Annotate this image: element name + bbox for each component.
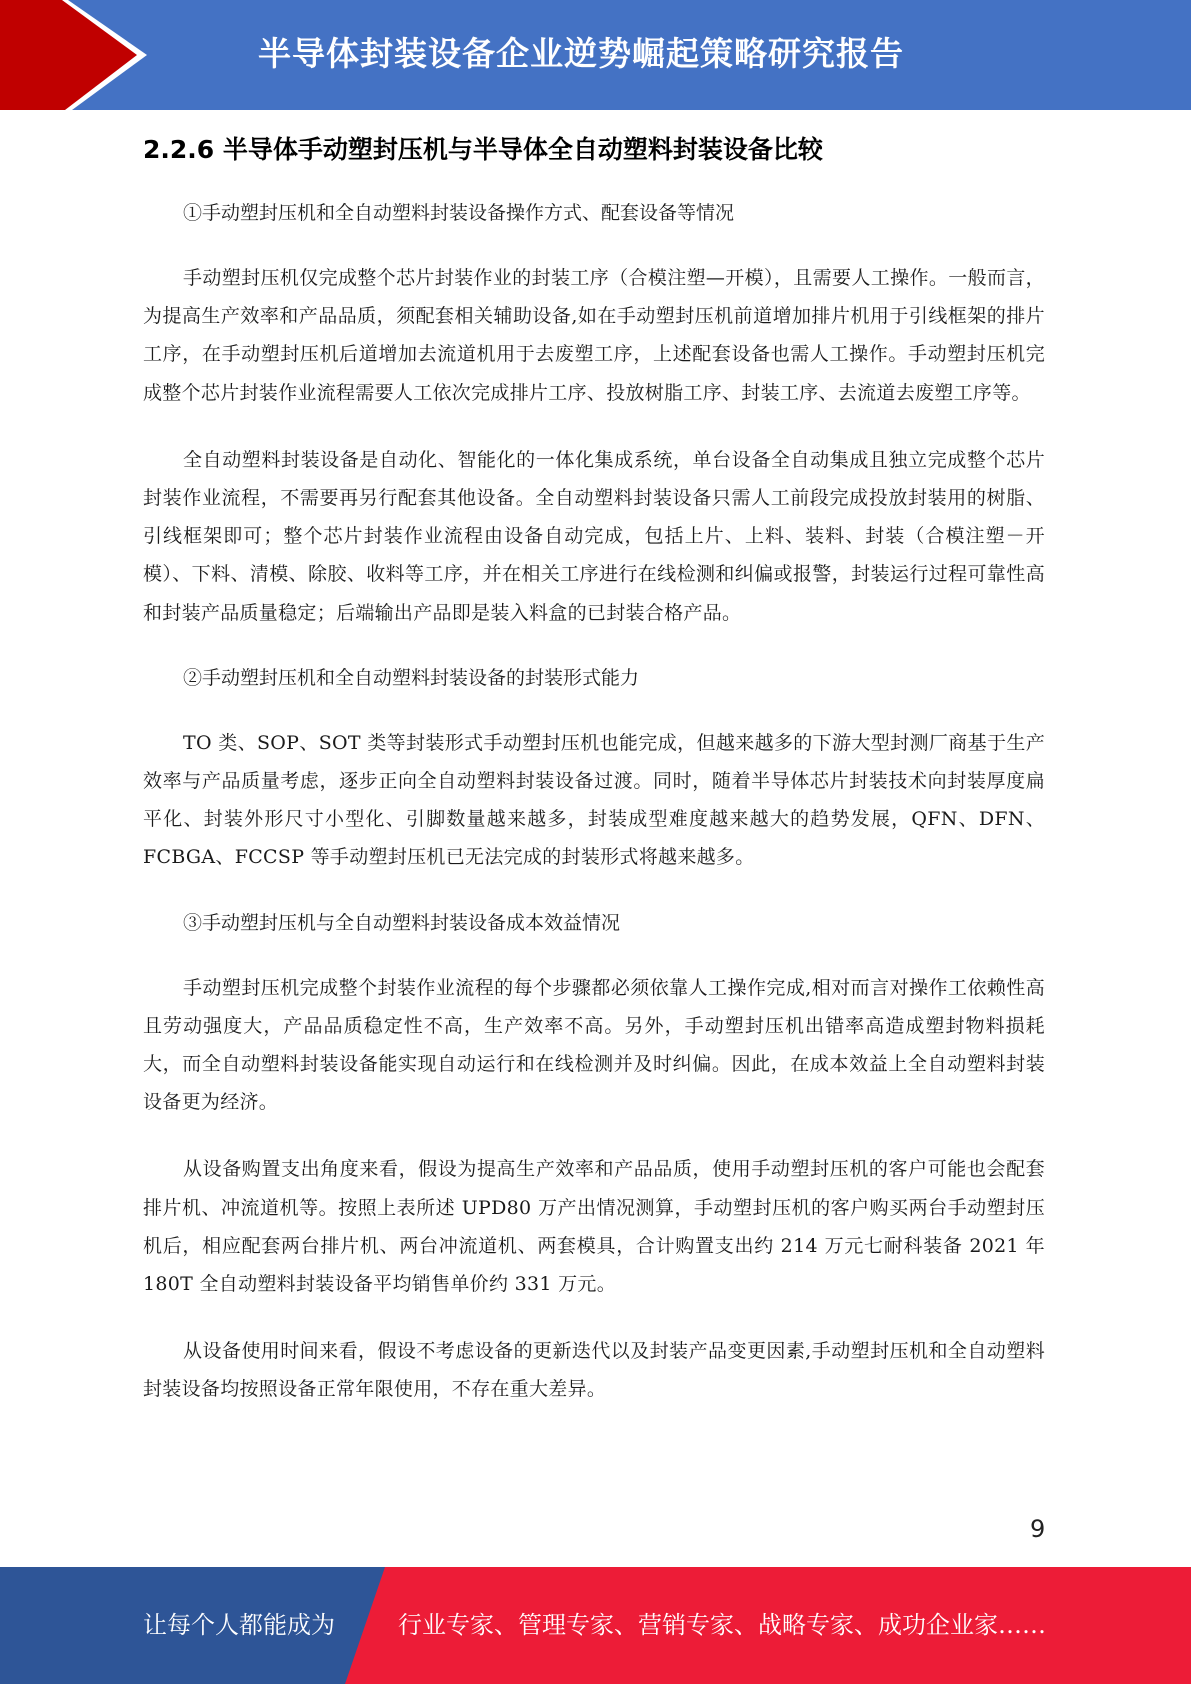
sub-heading-operation: ①手动塑封压机和全自动塑料封装设备操作方式、配套设备等情况 [143,194,1045,232]
page-header: 半导体封装设备企业逆势崛起策略研究报告 [0,0,1191,110]
paragraph-auto-equipment: 全自动塑料封装设备是自动化、智能化的一体化集成系统，单台设备全自动集成且独立完成… [143,441,1045,632]
paragraph-usage-time: 从设备使用时间来看，假设不考虑设备的更新迭代以及封装产品变更因素,手动塑封压机和… [143,1332,1045,1408]
page-footer: 让每个人都能成为 行业专家、管理专家、营销专家、战略专家、成功企业家…… [0,1567,1191,1684]
paragraph-cost-benefit: 手动塑封压机完成整个封装作业流程的每个步骤都必须依靠人工操作完成,相对而言对操作… [143,969,1045,1122]
page-number: 9 [1030,1515,1045,1543]
footer-slogan-left: 让每个人都能成为 [143,1607,335,1643]
footer-slogan-right: 行业专家、管理专家、营销专家、战略专家、成功企业家…… [398,1607,1046,1643]
page-content: 2.2.6 半导体手动塑封压机与半导体全自动塑料封装设备比较 ①手动塑封压机和全… [143,128,1045,1409]
paragraph-packaging-forms: TO 类、SOP、SOT 类等封装形式手动塑封压机也能完成，但越来越多的下游大型… [143,724,1045,877]
arrow-chevron-icon [0,0,160,110]
report-title: 半导体封装设备企业逆势崛起策略研究报告 [258,28,904,80]
sub-heading-packaging-capability: ②手动塑封压机和全自动塑料封装设备的封装形式能力 [143,659,1045,697]
sub-heading-cost-benefit: ③手动塑封压机与全自动塑料封装设备成本效益情况 [143,904,1045,942]
section-title: 2.2.6 半导体手动塑封压机与半导体全自动塑料封装设备比较 [143,128,1045,172]
paragraph-manual-press: 手动塑封压机仅完成整个芯片封装作业的封装工序（合模注塑—开模），且需要人工操作。… [143,259,1045,412]
paragraph-purchase-cost: 从设备购置支出角度来看，假设为提高生产效率和产品品质，使用手动塑封压机的客户可能… [143,1150,1045,1303]
